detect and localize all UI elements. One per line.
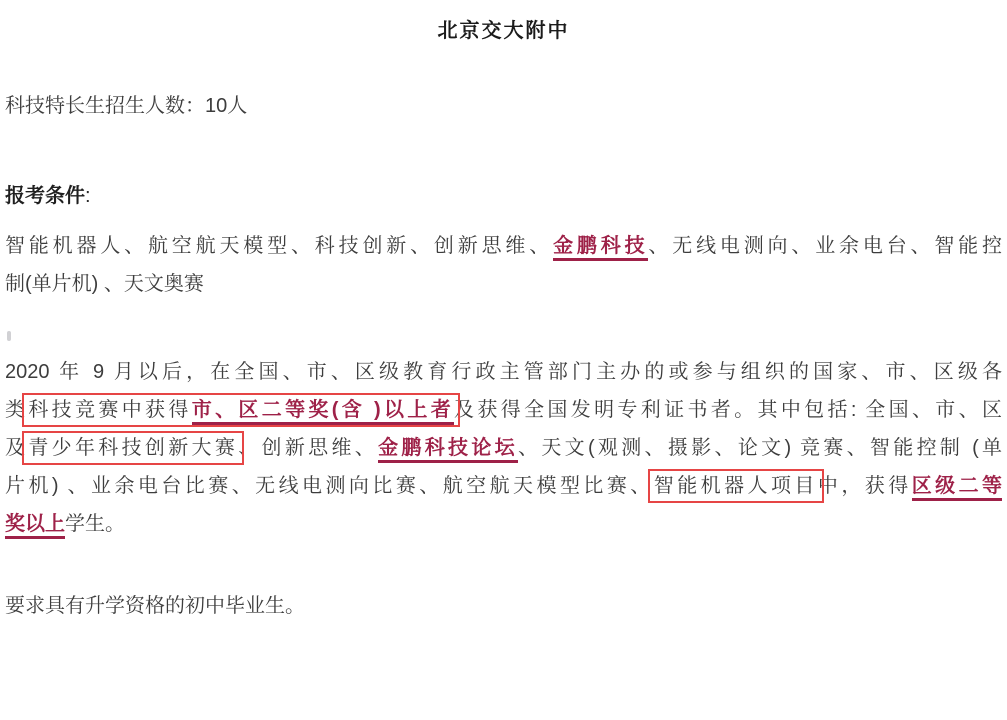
annotation-box-robot-project: 智能机器人项目: [654, 475, 818, 497]
award-level-highlight: 市、区二等奖(含 )以上者: [192, 399, 454, 425]
criteria-line-2: 类科技竞赛中获得市、区二等奖(含 )以上者及获得全国发明专利证书者。其中包括: …: [5, 391, 1002, 429]
page-title: 北京交大附中: [5, 21, 1002, 42]
stray-dot-artifact: [7, 331, 11, 341]
criteria-paragraph: 2020 年 9 月以后，在全国、市、区级教育行政主管部门主办的或参与组织的国家…: [5, 353, 1002, 543]
criteria-text: 及获得全国发明专利证书者。其中包括: 全国、市、区: [454, 399, 1002, 421]
criteria-line-1: 2020 年 9 月以后，在全国、市、区级教育行政主管部门主办的或参与组织的国家…: [5, 353, 1002, 391]
admission-count: 科技特长生招生人数：10人: [5, 96, 1002, 116]
specialty-text: 、无线电测向、业余电台、智能控: [648, 235, 1002, 257]
specialty-list-paragraph: 智能机器人、航空航天模型、科技创新、创新思维、金鹏科技、无线电测向、业余电台、智…: [5, 227, 1002, 303]
requirement-paragraph: 要求具有升学资格的初中毕业生。: [5, 587, 1002, 625]
jinpeng-forum-highlight: 金鹏科技论坛: [378, 437, 518, 463]
criteria-line-5: 奖以上学生。: [5, 505, 1002, 543]
criteria-line-3: 及青少年科技创新大赛、创新思维、金鹏科技论坛、天文(观测、摄影、论文) 竞赛、智…: [5, 429, 1002, 467]
district-award-highlight: 区级二等: [912, 475, 1002, 501]
specialty-text: 制(单片机) 、天文奥赛: [5, 273, 204, 295]
specialty-line-2: 制(单片机) 、天文奥赛: [5, 265, 1002, 303]
criteria-text: 青少年科技创新大赛: [28, 437, 238, 459]
criteria-text: 学生。: [65, 513, 125, 535]
annotation-box-award-level: 科技竞赛中获得市、区二等奖(含 )以上者: [28, 399, 454, 421]
criteria-text: 科技竞赛中获得: [28, 399, 191, 421]
district-award-highlight-cont: 奖以上: [5, 513, 65, 539]
annotation-box-innovation-contest: 青少年科技创新大赛: [28, 437, 238, 459]
criteria-text: 片机) 、业余电台比赛、无线电测向比赛、航空航天模型比赛、: [5, 475, 654, 497]
criteria-text: 、创新思维、: [238, 437, 378, 459]
criteria-text: 2020 年 9 月以后，在全国、市、区级教育行政主管部门主办的或参与组织的国家…: [5, 361, 1002, 383]
criteria-text: 及: [5, 437, 28, 459]
criteria-text: 智能机器人项目: [654, 475, 818, 497]
conditions-heading-colon: :: [85, 185, 91, 207]
criteria-text: 、天文(观测、摄影、论文) 竞赛、智能控制 (单: [518, 437, 1002, 459]
specialty-text: 智能机器人、航空航天模型、科技创新、创新思维、: [5, 235, 553, 257]
specialty-line-1: 智能机器人、航空航天模型、科技创新、创新思维、金鹏科技、无线电测向、业余电台、智…: [5, 227, 1002, 265]
criteria-text: 类: [5, 399, 28, 421]
conditions-heading-text: 报考条件: [5, 185, 85, 207]
criteria-text: 中，获得: [818, 475, 912, 497]
conditions-heading: 报考条件:: [5, 186, 1002, 206]
document-page: 北京交大附中 科技特长生招生人数：10人 报考条件: 智能机器人、航空航天模型、…: [0, 21, 1007, 625]
criteria-line-4: 片机) 、业余电台比赛、无线电测向比赛、航空航天模型比赛、智能机器人项目中，获得…: [5, 467, 1002, 505]
jinpeng-keji-highlight: 金鹏科技: [553, 235, 648, 261]
